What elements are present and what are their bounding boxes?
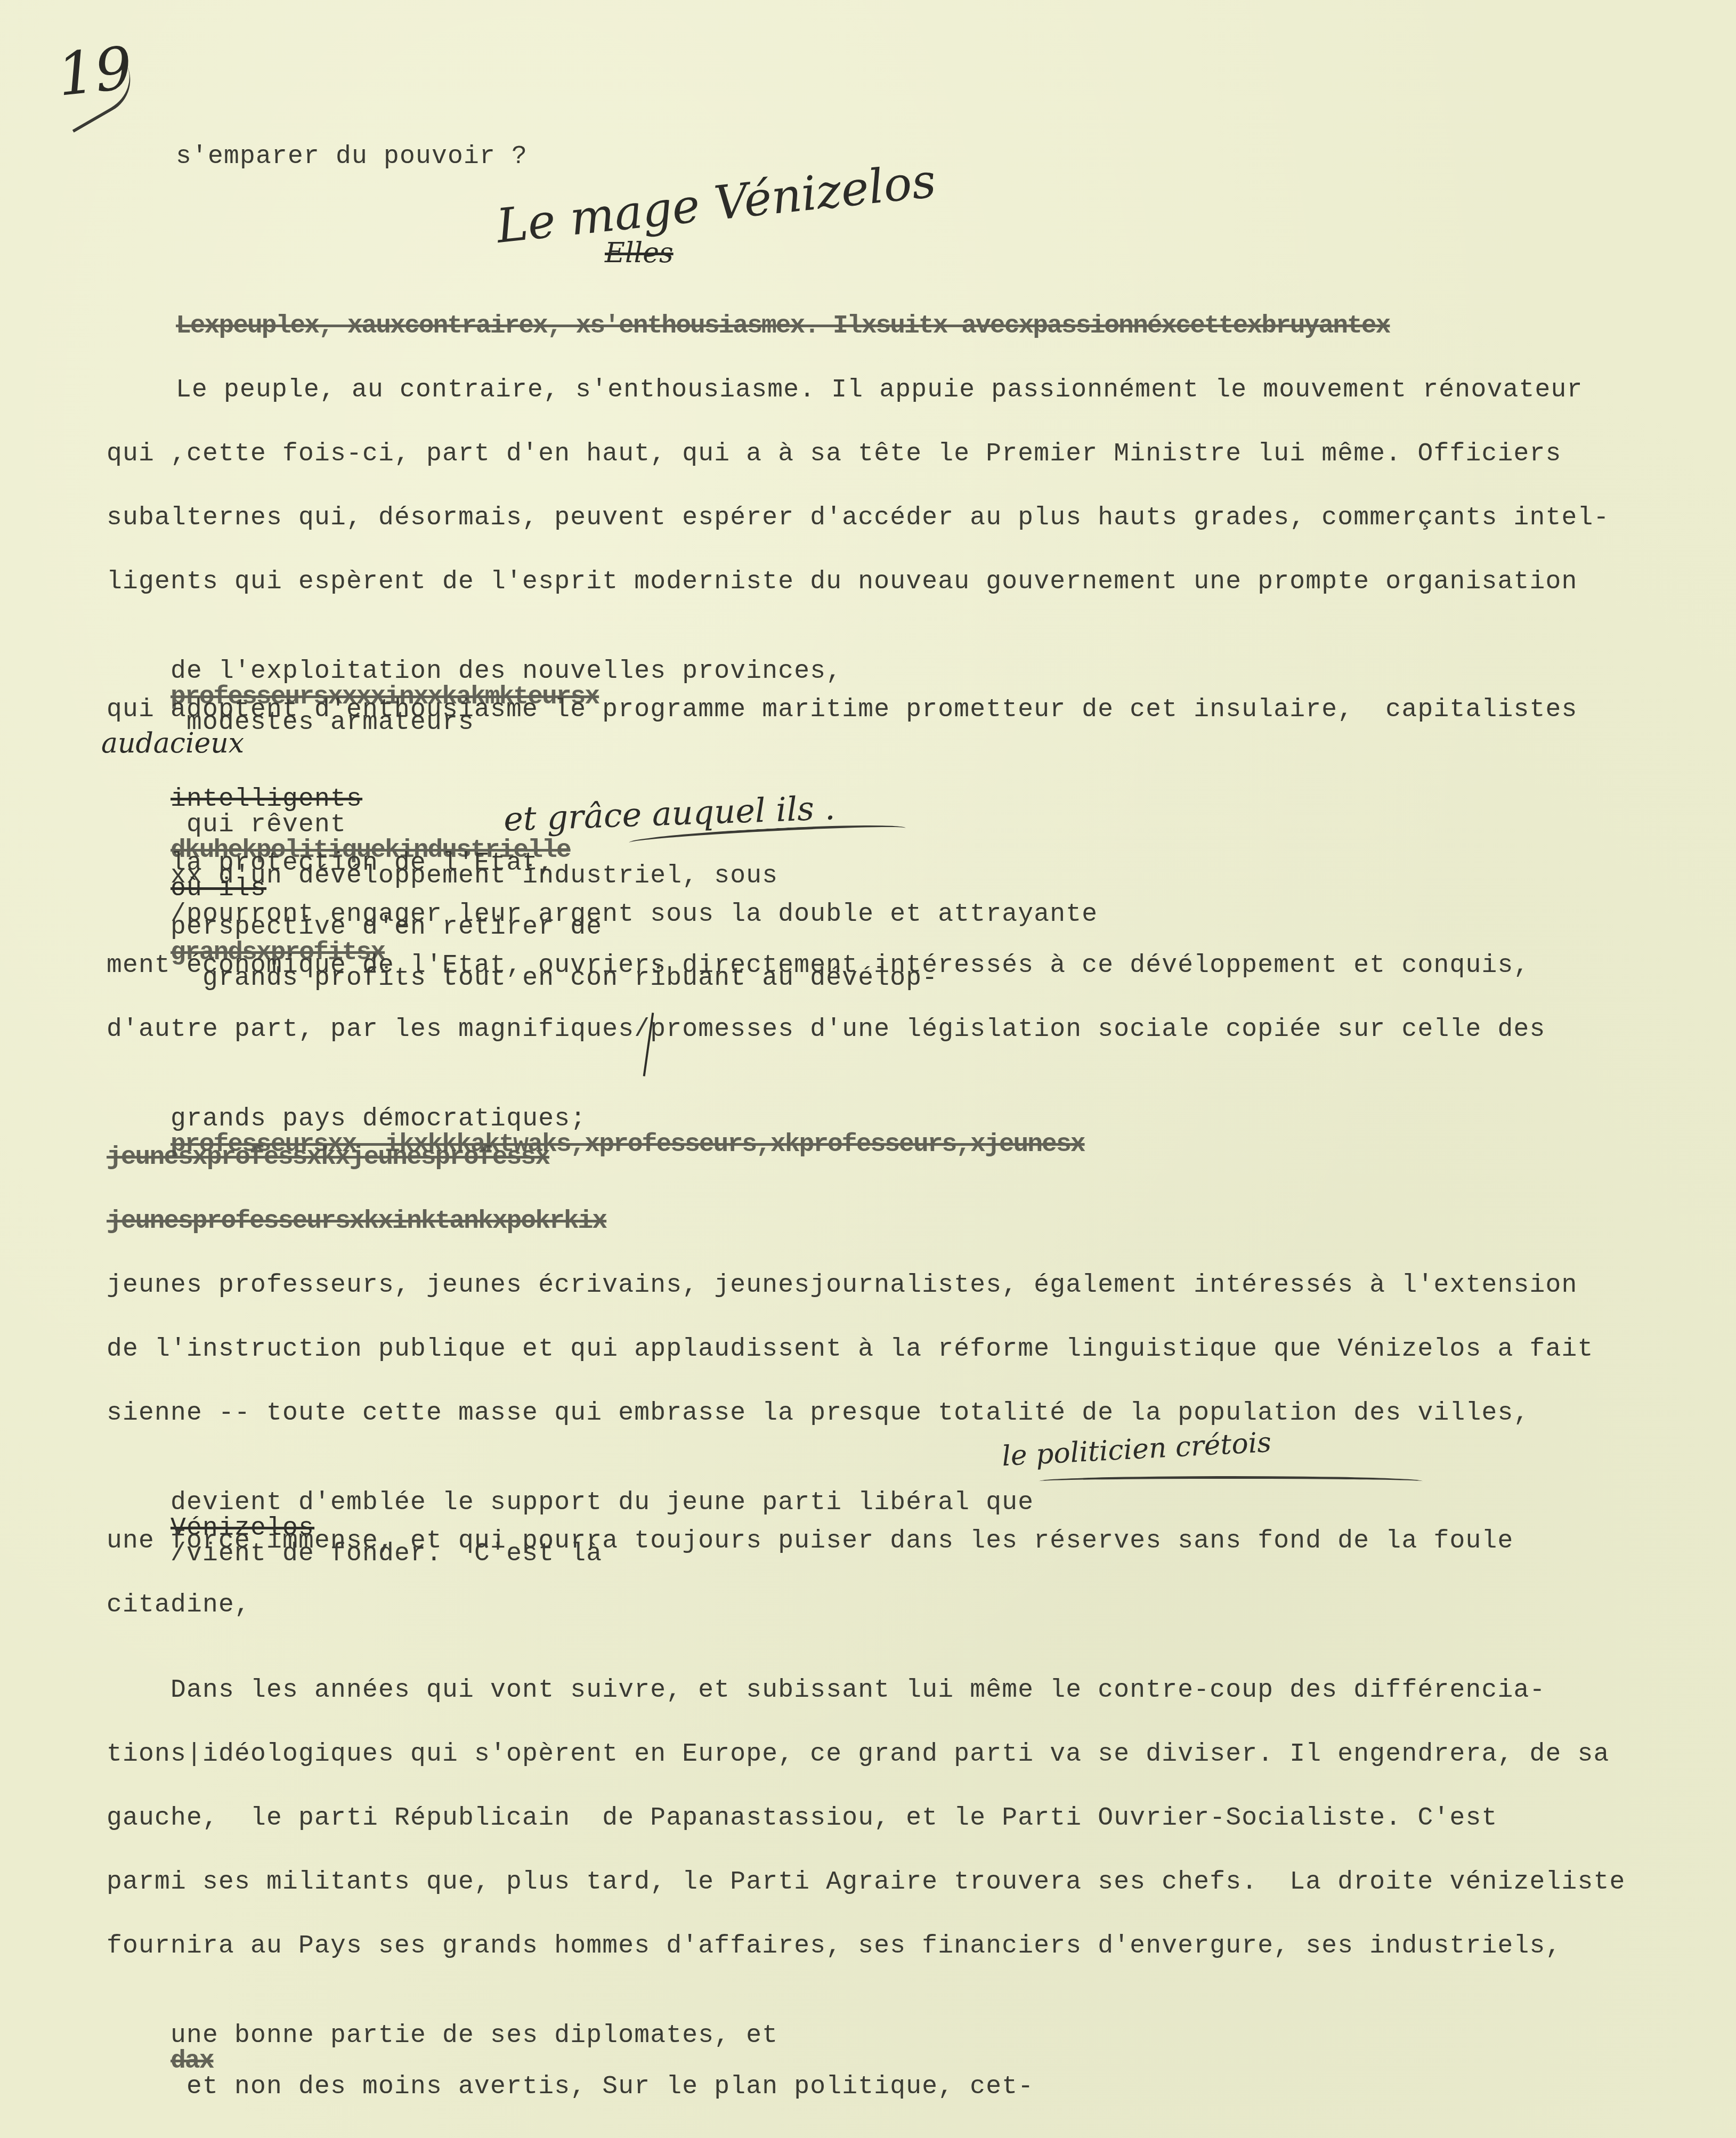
text-segment: une bonne partie de ses diplomates, et <box>171 2021 794 2050</box>
text-segment: la protection de l'Etat, <box>171 849 570 878</box>
text-line: subalternes qui, désormais, peuvent espé… <box>107 505 1609 531</box>
text-segment: devient d'emblée le support du jeune par… <box>171 1488 1050 1517</box>
handwritten-heading: Le mage Vénizelos <box>494 153 938 254</box>
text-line: parmi ses militants que, plus tard, le P… <box>107 1869 1625 1895</box>
text-line: Dans les années qui vont suivre, et subi… <box>107 1678 1545 1703</box>
text-line: tions|idéologiques qui s'opèrent en Euro… <box>107 1742 1609 1767</box>
insertion-line <box>1039 1476 1423 1486</box>
text-line: ligents qui espèrent de l'esprit moderni… <box>107 569 1577 595</box>
text-line: une bonne partie de ses diplomates, et d… <box>107 1997 1034 2125</box>
text-segment: de l'exploitation des nouvelles province… <box>171 657 842 686</box>
struck-segment: intelligents <box>171 785 362 814</box>
text-line: sienne -- toute cette masse qui embrasse… <box>107 1400 1529 1426</box>
text-line: gauche, le parti Républicain de Papanast… <box>107 1805 1497 1831</box>
text-line: ment économique de l'Etat, ouvriers dire… <box>107 953 1529 978</box>
text-segment: et non des moins avertis, Sur le plan po… <box>171 2072 1034 2101</box>
text-line: Le peuple, au contraire, s'enthousiasme.… <box>176 377 1583 403</box>
handwritten-insertion: audacieux <box>101 727 244 759</box>
struck-line: jeunesxprofessxkxjeunesprofessx <box>107 1145 549 1170</box>
struck-line: Lexpeuplex, xauxcontrairex, xs'enthousia… <box>176 313 1390 339</box>
text-line: de l'instruction publique et qui applaud… <box>107 1337 1593 1362</box>
struck-line: jeunesprofesseursxkxinktankxpokrkix <box>107 1209 606 1234</box>
text-line: fournira au Pays ses grands hommes d'aff… <box>107 1933 1561 1959</box>
text-line: citadine, <box>107 1592 250 1618</box>
text-line: jeunes professeurs, jeunes écrivains, je… <box>107 1273 1577 1298</box>
typewritten-page: 19 s'emparer du pouvoir ? Le mage Vénize… <box>0 0 1736 2138</box>
text-line: qui adoptent d'enthousiasme le programme… <box>107 697 1577 723</box>
text-line: s'emparer du pouvoir ? <box>176 144 528 169</box>
text-segment: perspective d'en retirer de <box>171 913 618 942</box>
text-line: qui ,cette fois-ci, part d'en haut, qui … <box>107 441 1561 467</box>
struck-segment: dax <box>171 2047 213 2076</box>
handwritten-struck-word: Elles <box>605 237 674 269</box>
text-line: d'autre part, par les magnifiques/promes… <box>107 1017 1545 1042</box>
text-line: une force immense, et qui pourra toujour… <box>107 1528 1513 1554</box>
text-segment: grands pays démocratiques; <box>171 1105 602 1133</box>
